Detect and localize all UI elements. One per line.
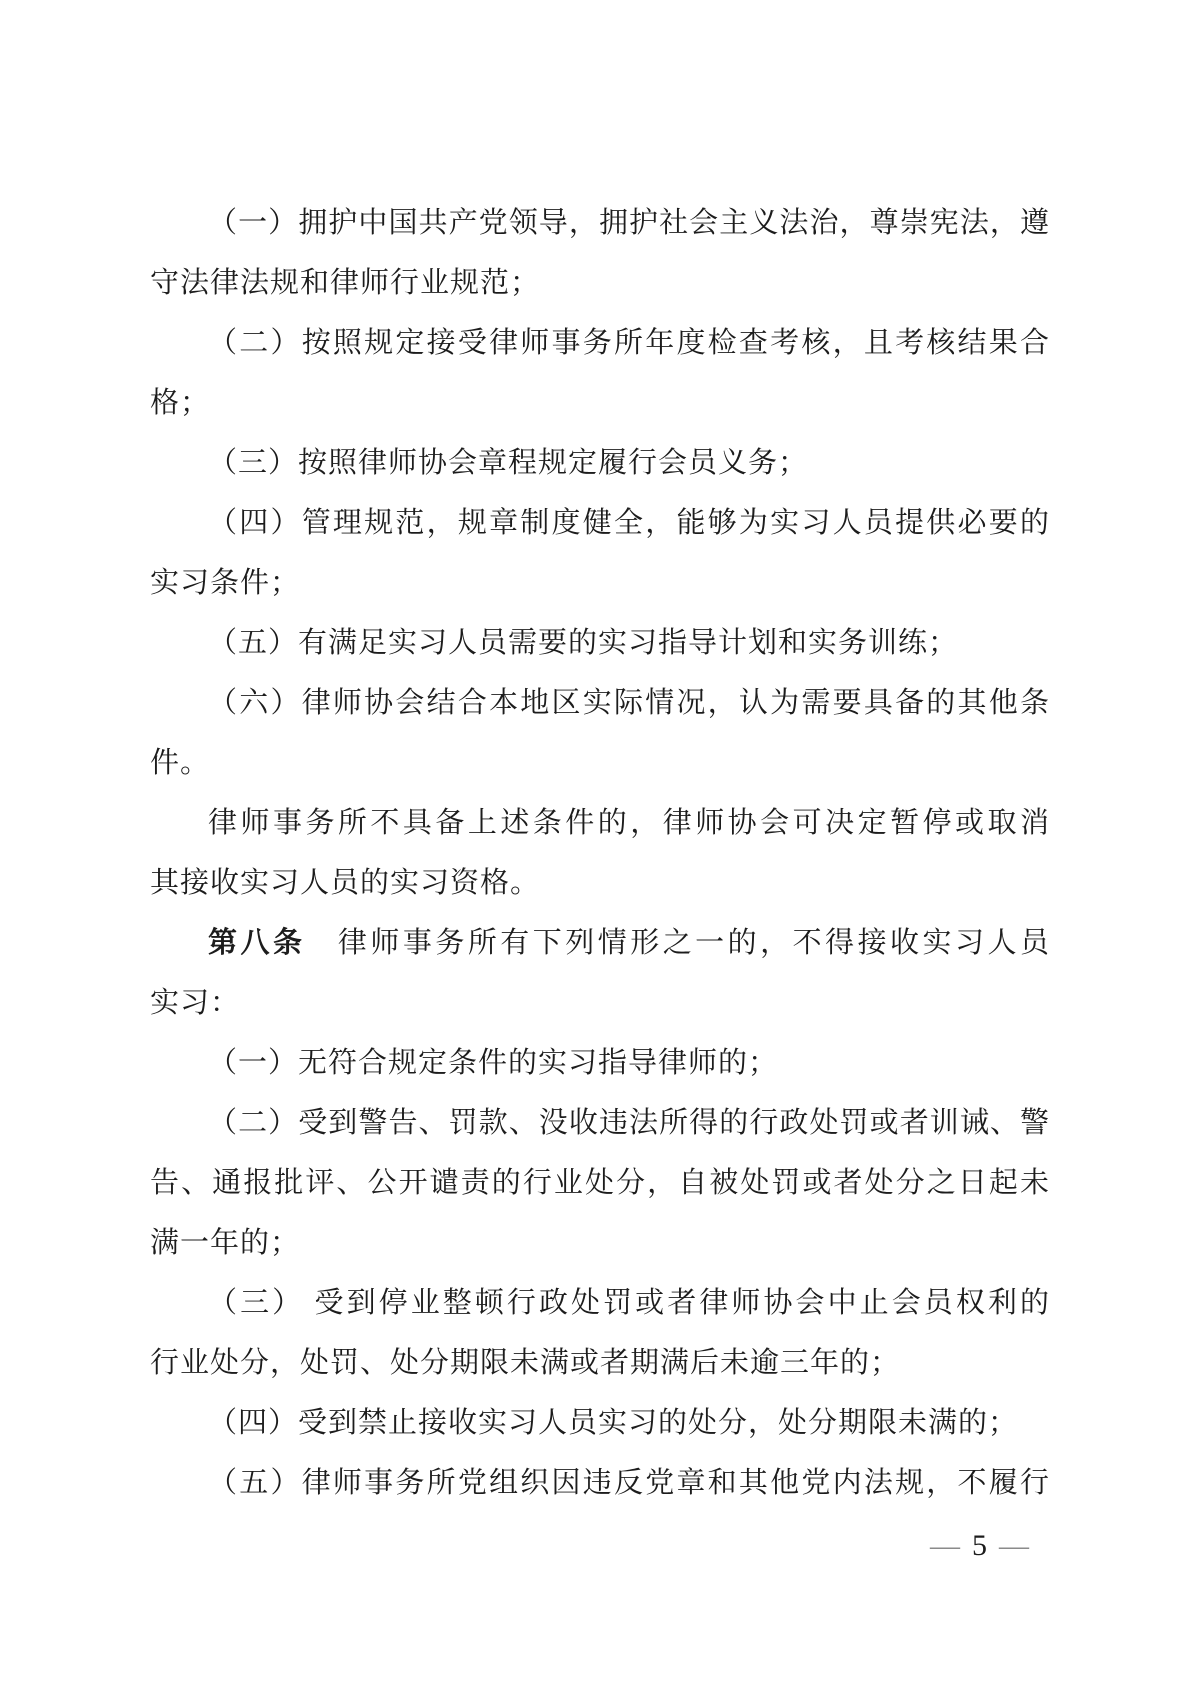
line-text: （三） 受到停业整顿行政处罚或者律师协会中止会员权利的 <box>208 1287 1050 1319</box>
text-line: （三） 受到停业整顿行政处罚或者律师协会中止会员权利的 <box>150 1273 1050 1333</box>
text-line: 实习： <box>150 973 1050 1033</box>
page-number-value: 5 <box>972 1529 989 1562</box>
line-text: （六）律师协会结合本地区实际情况，认为需要具备的其他条 <box>208 687 1050 719</box>
document-page: （一）拥护中国共产党领导，拥护社会主义法治，尊崇宪法，遵守法律法规和律师行业规范… <box>0 0 1199 1696</box>
line-text: 实习： <box>150 987 240 1019</box>
line-text: 律师事务所有下列情形之一的，不得接收实习人员 <box>305 927 1050 959</box>
line-text: （四）受到禁止接收实习人员实习的处分，处分期限未满的； <box>208 1407 1018 1439</box>
text-line: 其接收实习人员的实习资格。 <box>150 853 1050 913</box>
text-line: 格； <box>150 373 1050 433</box>
line-text: （五）有满足实习人员需要的实习指导计划和实务训练； <box>208 627 958 659</box>
line-text: （四）管理规范，规章制度健全，能够为实习人员提供必要的 <box>208 507 1050 539</box>
line-text: （一）无符合规定条件的实习指导律师的； <box>208 1047 778 1079</box>
text-line: 守法律法规和律师行业规范； <box>150 253 1050 313</box>
line-text: 件。 <box>150 747 210 779</box>
line-text: 实习条件； <box>150 567 300 599</box>
text-line: 告、通报批评、公开谴责的行业处分，自被处罚或者处分之日起未 <box>150 1153 1050 1213</box>
text-line: （四）受到禁止接收实习人员实习的处分，处分期限未满的； <box>150 1393 1050 1453</box>
page-number-dash-right: — <box>989 1529 1041 1562</box>
line-text: （二）受到警告、罚款、没收违法所得的行政处罚或者训诫、警 <box>208 1107 1050 1139</box>
line-text: （一）拥护中国共产党领导，拥护社会主义法治，尊崇宪法，遵 <box>208 207 1050 239</box>
line-text: 其接收实习人员的实习资格。 <box>150 867 540 899</box>
text-line: 第八条 律师事务所有下列情形之一的，不得接收实习人员 <box>150 913 1050 973</box>
text-line: 实习条件； <box>150 553 1050 613</box>
line-text: 格； <box>150 387 210 419</box>
line-text: 行业处分，处罚、处分期限未满或者期满后未逾三年的； <box>150 1347 900 1379</box>
text-line: （二）受到警告、罚款、没收违法所得的行政处罚或者训诫、警 <box>150 1093 1050 1153</box>
article-number-bold: 第八条 <box>208 927 305 959</box>
text-line: 行业处分，处罚、处分期限未满或者期满后未逾三年的； <box>150 1333 1050 1393</box>
text-lines: （一）拥护中国共产党领导，拥护社会主义法治，尊崇宪法，遵守法律法规和律师行业规范… <box>150 193 1050 1513</box>
text-line: （六）律师协会结合本地区实际情况，认为需要具备的其他条 <box>150 673 1050 733</box>
text-line: （一）拥护中国共产党领导，拥护社会主义法治，尊崇宪法，遵 <box>150 193 1050 253</box>
line-text: 满一年的； <box>150 1227 300 1259</box>
text-line: （五）律师事务所党组织因违反党章和其他党内法规，不履行 <box>150 1453 1050 1513</box>
text-line: （一）无符合规定条件的实习指导律师的； <box>150 1033 1050 1093</box>
line-text: 守法律法规和律师行业规范； <box>150 267 540 299</box>
page-number: —5— <box>920 1528 1041 1564</box>
line-text: （二）按照规定接受律师事务所年度检查考核，且考核结果合 <box>208 327 1050 359</box>
text-line: 件。 <box>150 733 1050 793</box>
text-line: （四）管理规范，规章制度健全，能够为实习人员提供必要的 <box>150 493 1050 553</box>
text-line: 满一年的； <box>150 1213 1050 1273</box>
text-line: （三）按照律师协会章程规定履行会员义务； <box>150 433 1050 493</box>
line-text: 律师事务所不具备上述条件的，律师协会可决定暂停或取消 <box>208 807 1050 839</box>
page-number-dash-left: — <box>920 1529 972 1562</box>
text-line: （五）有满足实习人员需要的实习指导计划和实务训练； <box>150 613 1050 673</box>
line-text: （五）律师事务所党组织因违反党章和其他党内法规，不履行 <box>208 1467 1050 1499</box>
text-line: 律师事务所不具备上述条件的，律师协会可决定暂停或取消 <box>150 793 1050 853</box>
line-text: 告、通报批评、公开谴责的行业处分，自被处罚或者处分之日起未 <box>150 1167 1050 1199</box>
line-text: （三）按照律师协会章程规定履行会员义务； <box>208 447 808 479</box>
text-line: （二）按照规定接受律师事务所年度检查考核，且考核结果合 <box>150 313 1050 373</box>
